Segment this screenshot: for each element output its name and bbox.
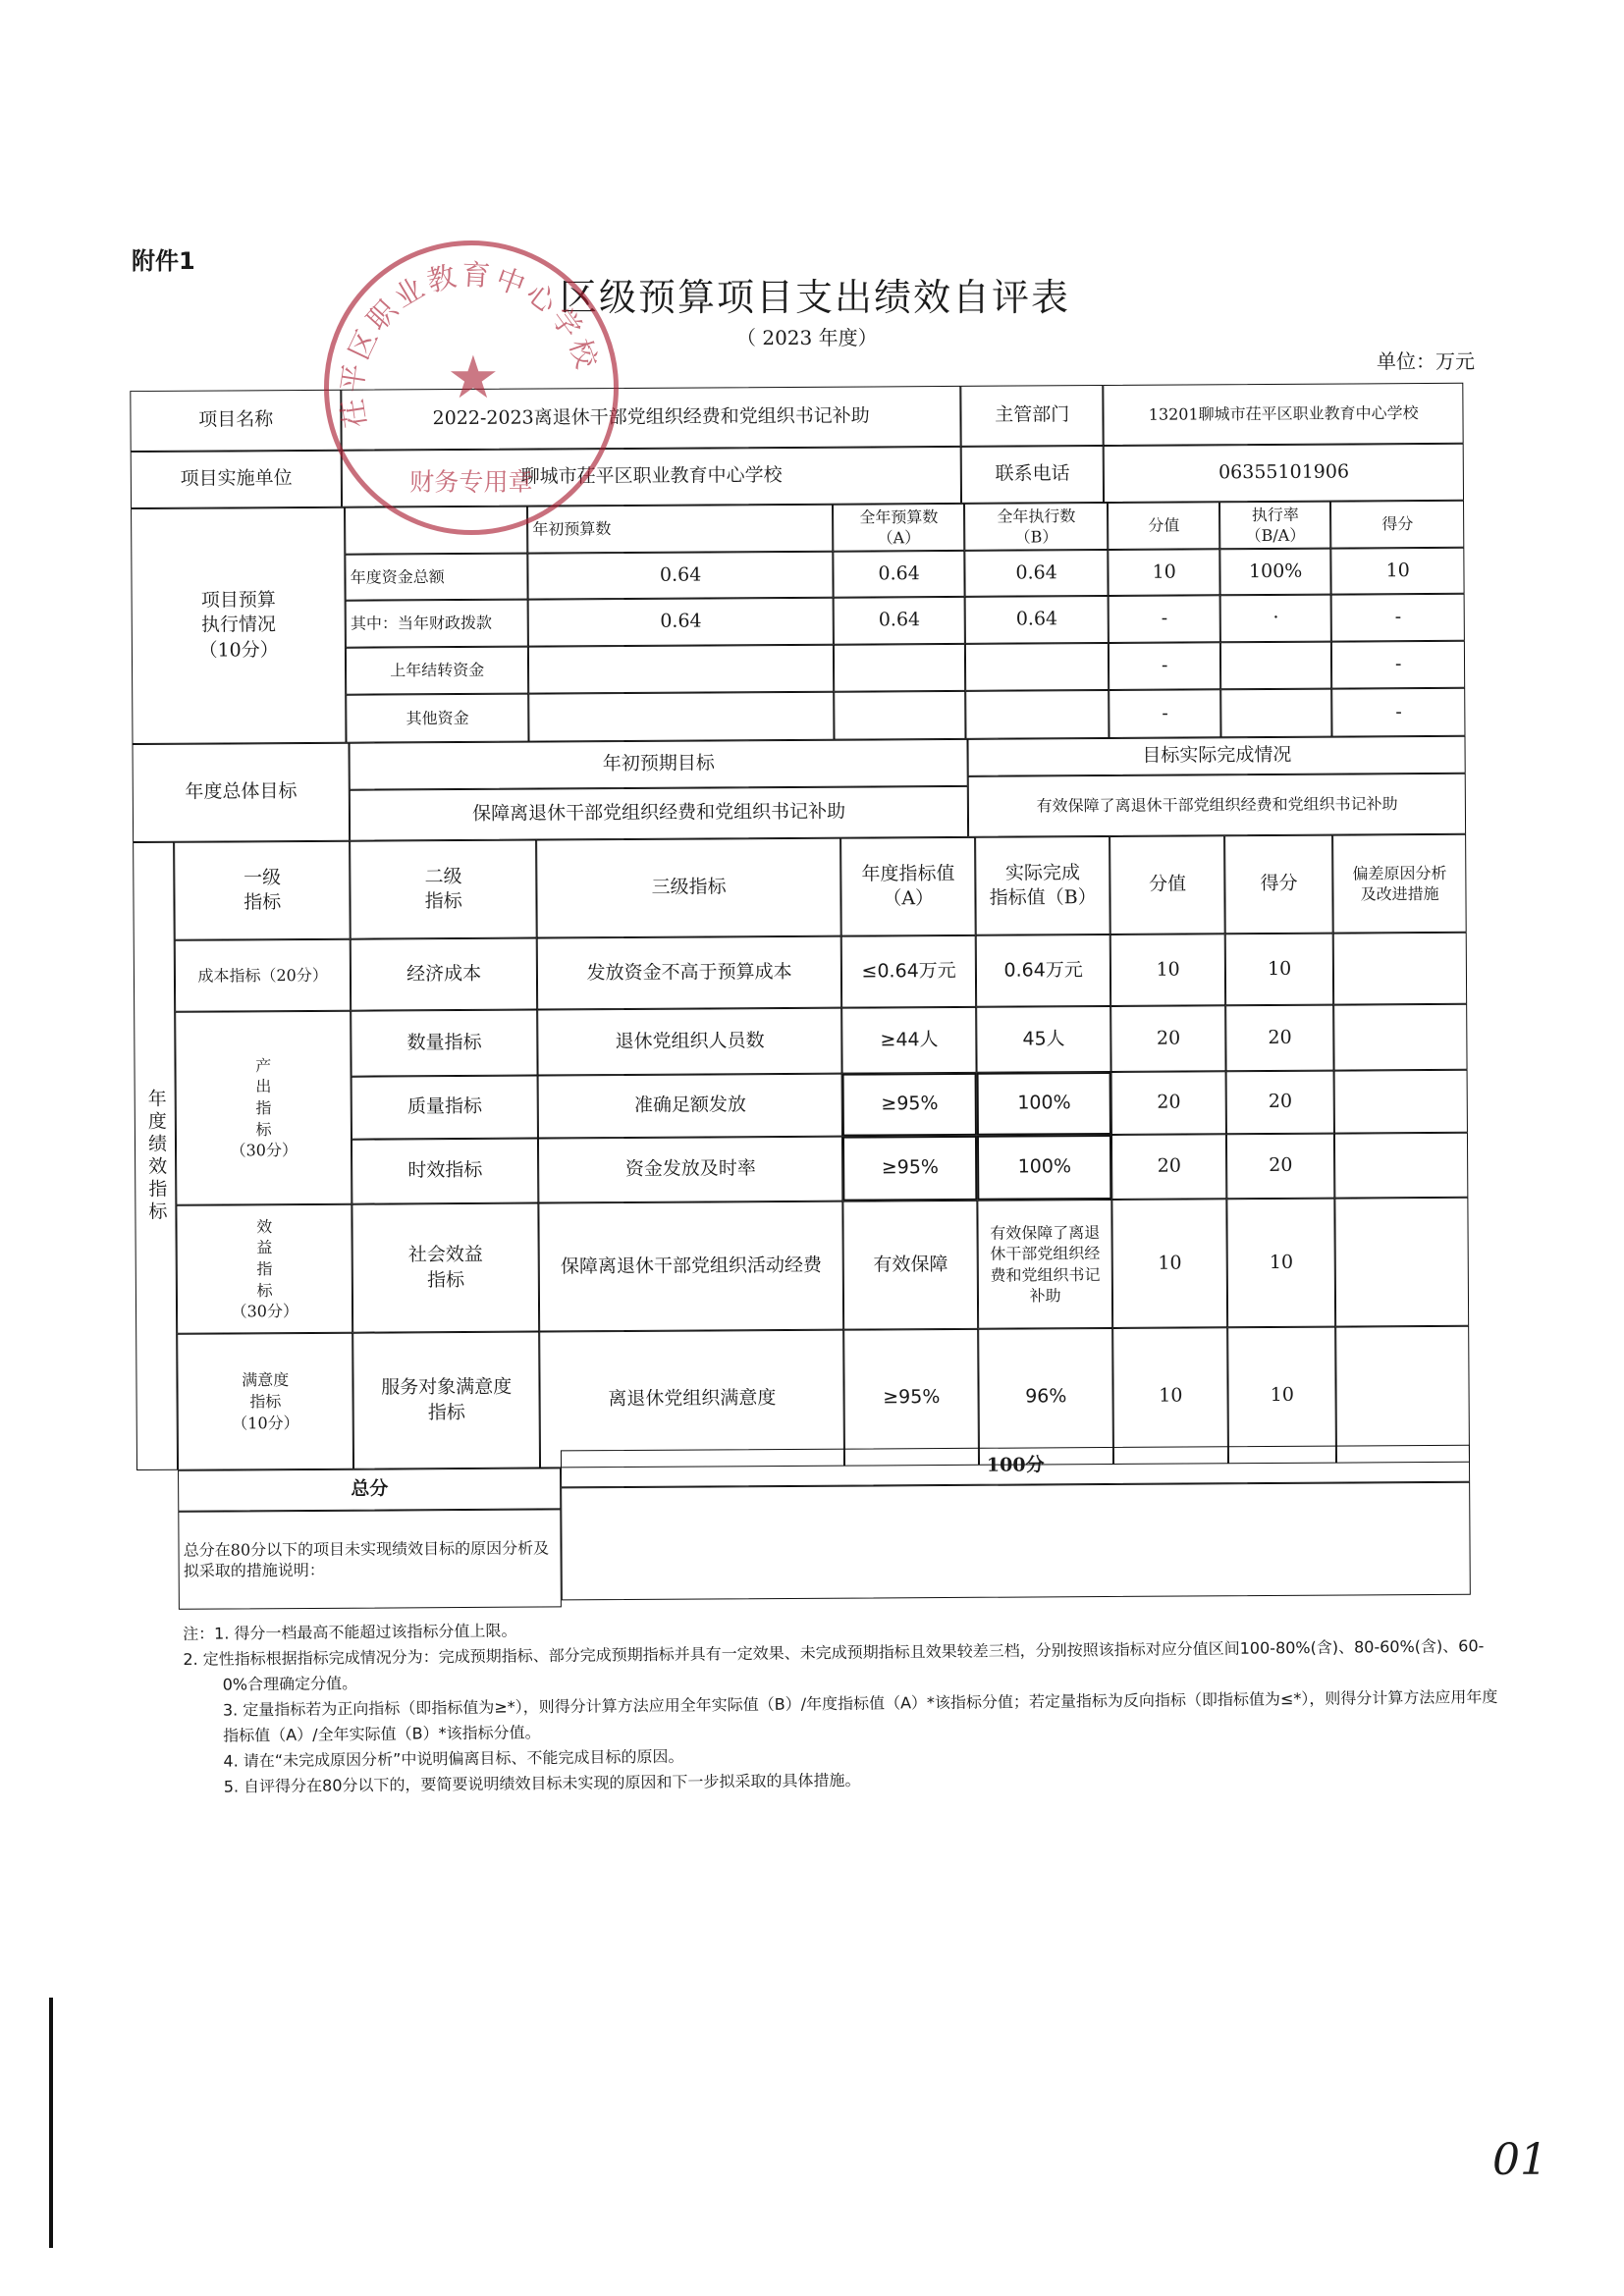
budget-header-1: 全年预算数 （A） [833,504,964,552]
perf-cell-target: ≤0.64万元 [841,935,976,1008]
perf-cell-level2: 数量指标 [351,1010,537,1077]
notes: 注：1. 得分一档最高不能超过该指标分值上限。 2. 定性指标根据指标完成情况分… [183,1608,1500,1800]
budget-grid: 年初预算数全年预算数 （A）全年执行数 （B）分值执行率 （B/A）得分年度资金… [0,0,1618,5]
perf-cell-level2: 经济成本 [351,938,537,1011]
perf-cell-actual: 96% [978,1328,1113,1466]
perf-cell-score: 20 [1226,1134,1334,1200]
budget-cell-score_value: - [1109,595,1220,643]
explanation-label: 总分在80分以下的项目未实现绩效目标的原因分析及拟采取的措施说明： [178,1510,562,1610]
goals-actual: 有效保障了离退休干部党组织经费和党组织书记补助 [968,774,1466,837]
perf-header-level3: 三级指标 [536,838,841,938]
perf-cell-level3: 发放资金不高于预算成本 [537,936,841,1010]
perf-cell-deviation [1335,1198,1470,1327]
perf-cell-score: 20 [1226,1071,1334,1135]
perf-level1-group: 成本指标（20分） [175,939,351,1012]
budget-cell-rate: · [1220,595,1331,643]
budget-cell-initial: 0.64 [528,552,834,600]
budget-cell-score_value: 10 [1109,549,1220,596]
perf-cell-score_value: 20 [1110,1005,1225,1072]
official-seal: 茌平区职业教育中心学校 财务专用章 ★ [324,240,619,535]
perf-cell-actual: 0.64万元 [976,934,1110,1007]
budget-cell-rate: 100% [1220,549,1331,596]
perf-cell-level2: 服务对象满意度 指标 [352,1332,540,1469]
perf-cell-score_value: 10 [1110,934,1225,1006]
perf-cell-score_value: 20 [1111,1134,1226,1200]
budget-cell-executed [965,643,1109,691]
budget-row-label: 年度资金总额 [346,554,528,601]
goals-actual-header: 目标实际完成情况 [968,736,1466,776]
budget-cell-executed: 0.64 [965,596,1109,644]
budget-header-3: 分值 [1108,502,1219,550]
perf-cell-actual: 有效保障了离退休干部党组织经费和党组织书记补助 [978,1200,1113,1329]
perf-cell-target: ≥44人 [841,1007,976,1074]
perf-cell-level3: 资金发放及时率 [538,1137,842,1203]
budget-cell-executed [965,690,1109,739]
perf-cell-level3: 准确足额发放 [538,1074,842,1139]
budget-cell-executed: 0.64 [965,550,1109,597]
perf-cell-target: ≥95% [842,1073,977,1137]
budget-header-2: 全年执行数 （B） [964,503,1108,551]
perf-cell-score: 20 [1225,1005,1333,1072]
perf-cell-target: 有效保障 [843,1201,979,1330]
perf-header-deviation: 偏差原因分析 及改进措施 [1332,834,1467,934]
budget-row-label: 其中：当年财政拨款 [346,600,528,648]
budget-header-5: 得分 [1330,501,1464,549]
perf-cell-deviation [1334,1070,1468,1134]
phone-value: 06355101906 [1104,444,1464,503]
perf-cell-level3: 离退休党组织满意度 [539,1330,844,1468]
budget-header-4: 执行率 （B/A） [1219,502,1330,550]
phone-label: 联系电话 [961,446,1104,504]
perf-cell-level2: 质量指标 [352,1076,538,1140]
perf-cell-actual: 100% [977,1135,1111,1201]
dept-value: 13201聊城市茌平区职业教育中心学校 [1103,383,1463,446]
perf-header-level1: 一级 指标 [174,841,351,940]
total-label: 总分 [178,1468,561,1512]
perf-header-score_value: 分值 [1110,835,1225,934]
budget-cell-score: 10 [1331,548,1465,595]
perf-cell-level3: 保障离退休干部党组织活动经费 [539,1201,844,1332]
seal-star-icon: ★ [447,344,500,412]
perf-cell-score: 10 [1227,1327,1336,1465]
goals-expected-header: 年初预期目标 [350,739,968,790]
perf-cell-target: ≥95% [842,1136,977,1201]
explanation-input[interactable] [561,1482,1471,1601]
perf-level1-group: 满意度 指标 （10分） [177,1333,353,1470]
budget-cell-score: - [1331,688,1465,737]
perf-cell-score: 10 [1227,1199,1336,1328]
budget-cell-annual [834,691,965,740]
budget-cell-score: - [1331,594,1465,642]
perf-cell-score_value: 10 [1112,1327,1228,1465]
budget-cell-rate [1220,689,1331,738]
perf-cell-deviation [1333,1004,1467,1071]
perf-cell-deviation [1335,1326,1470,1464]
perf-header-actual: 实际完成 指标值（B） [975,836,1110,935]
perf-cell-deviation [1334,1133,1468,1199]
budget-cell-initial [528,692,834,742]
perf-cell-deviation [1333,933,1467,1005]
goals-label: 年度总体目标 [133,743,351,842]
budget-cell-initial: 0.64 [528,598,834,647]
perf-level1-group: 效 益 指 标 （30分） [177,1204,353,1334]
perf-cell-score: 10 [1225,934,1333,1006]
perf-header-score: 得分 [1224,835,1333,934]
budget-cell-score_value: - [1109,689,1220,738]
perf-cell-actual: 100% [977,1072,1111,1136]
budget-cell-initial [528,645,834,694]
performance-section-label: 年度绩效指标 [133,842,178,1470]
dept-label: 主管部门 [960,385,1103,447]
perf-level1-group: 产 出 指 标 （30分） [175,1011,352,1205]
project-name-label: 项目名称 [131,390,342,452]
budget-row-label: 其他资金 [346,694,528,743]
perf-cell-level2: 社会效益 指标 [352,1203,540,1333]
perf-header-target: 年度指标值 （A） [840,837,976,936]
performance-grid: 一级 指标二级 指标三级指标年度指标值 （A）实际完成 指标值（B）分值得分偏差… [0,0,1618,5]
perf-cell-level2: 时效指标 [352,1139,538,1204]
perf-header-level2: 二级 指标 [350,840,537,939]
perf-cell-score_value: 20 [1111,1071,1226,1135]
perf-cell-level3: 退休党组织人员数 [537,1008,841,1076]
budget-row-label: 上年结转资金 [346,647,528,695]
budget-cell-annual: 0.64 [834,597,965,645]
total-value: 100分 [561,1445,1470,1488]
perf-cell-target: ≥95% [843,1329,979,1467]
goals-expected: 保障离退休干部党组织经费和党组织书记补助 [350,786,968,841]
budget-section-label: 项目预算 执行情况 （10分） [131,507,346,744]
budget-cell-score_value: - [1109,642,1220,690]
page-number: 01 [1492,2135,1547,2185]
perf-cell-score_value: 10 [1112,1199,1228,1328]
scan-edge-line [49,1998,53,2248]
budget-cell-rate [1220,642,1331,690]
budget-cell-annual [834,644,965,692]
perf-cell-actual: 45人 [976,1006,1110,1073]
evaluation-table: 项目名称 2022-2023离退休干部党组织经费和党组织书记补助 主管部门 13… [0,0,1624,2296]
svg-text:财务专用章: 财务专用章 [409,467,533,496]
budget-cell-score: - [1331,641,1465,689]
impl-unit-label: 项目实施单位 [131,451,342,508]
budget-cell-annual: 0.64 [834,551,965,598]
